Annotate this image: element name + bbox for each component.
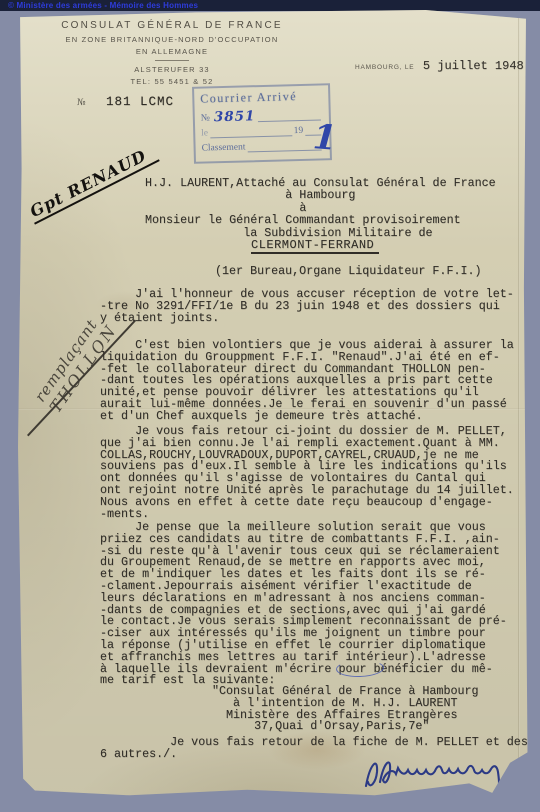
letterhead-zone: EN ZONE BRITANNIQUE-NORD D'OCCUPATION — [32, 35, 312, 44]
body-paragraph-2: C'est bien volontiers que je vous aidera… — [100, 340, 540, 423]
stamp-title: Courrier Arrivé — [200, 88, 322, 106]
dateline: HAMBOURG, LE 5 juillet 1948 — [355, 56, 524, 74]
stamp-classement-label: Classement — [202, 142, 246, 153]
letterhead-country: EN ALLEMAGNE — [32, 47, 312, 56]
signature-scribble — [360, 746, 520, 804]
stamp-year-label: 19 — [294, 126, 304, 136]
stamp-line — [247, 138, 321, 152]
reference-value: 181 LCMC — [106, 95, 174, 109]
stamp-line — [210, 124, 292, 138]
stamp-number-value: 3851 — [214, 108, 256, 125]
watermark-text: © Ministère des armées - Mémoire des Hom… — [0, 0, 540, 11]
body-paragraph-1: J'ai l'honneur de vous accuser réception… — [100, 289, 540, 324]
dateline-place-label: HAMBOURG, LE — [355, 64, 414, 71]
stamp-number-label: № — [201, 113, 210, 123]
stamp-le-label: le — [201, 128, 208, 138]
body-paragraph-4: Je pense que la meilleure solution serai… — [100, 522, 540, 687]
reference-label: № — [77, 98, 86, 108]
recipient-bureau: (1er Bureau,Organe Liquidateur F.F.I.) — [215, 266, 482, 278]
watermark-bar: © Ministère des armées - Mémoire des Hom… — [0, 0, 540, 11]
renaud-annotation: Gpt RENAUD — [25, 141, 160, 224]
stamp-number-row: № 3851 — [201, 105, 323, 123]
archive-scan-viewer: © Ministère des armées - Mémoire des Hom… — [0, 0, 540, 812]
page-number-annotation: 1 — [312, 117, 338, 159]
reply-address-quote: "Consulat Général de France à Hambourg à… — [212, 686, 479, 733]
recipient-city-underlined: CLERMONT-FERRAND — [251, 239, 379, 254]
body-paragraph-3: Je vous fais retour ci-joint du dossier … — [100, 426, 540, 520]
dateline-date: 5 juillet 1948 — [423, 59, 524, 73]
stamp-classement-row: Classement — [201, 135, 323, 153]
letter-page: CONSULAT GÉNÉRAL DE FRANCE EN ZONE BRITA… — [17, 10, 528, 804]
stamp-line — [257, 108, 321, 122]
letterhead-divider — [155, 60, 189, 61]
letterhead: CONSULAT GÉNÉRAL DE FRANCE EN ZONE BRITA… — [32, 20, 312, 89]
letterhead-address: ALSTERUFER 33 — [32, 65, 312, 74]
signature — [360, 746, 520, 809]
reference-number: № 181 LCMC — [77, 92, 174, 110]
recipient-block: H.J. LAURENT,Attaché au Consulat Général… — [145, 177, 496, 239]
letterhead-org: CONSULAT GÉNÉRAL DE FRANCE — [32, 20, 312, 31]
